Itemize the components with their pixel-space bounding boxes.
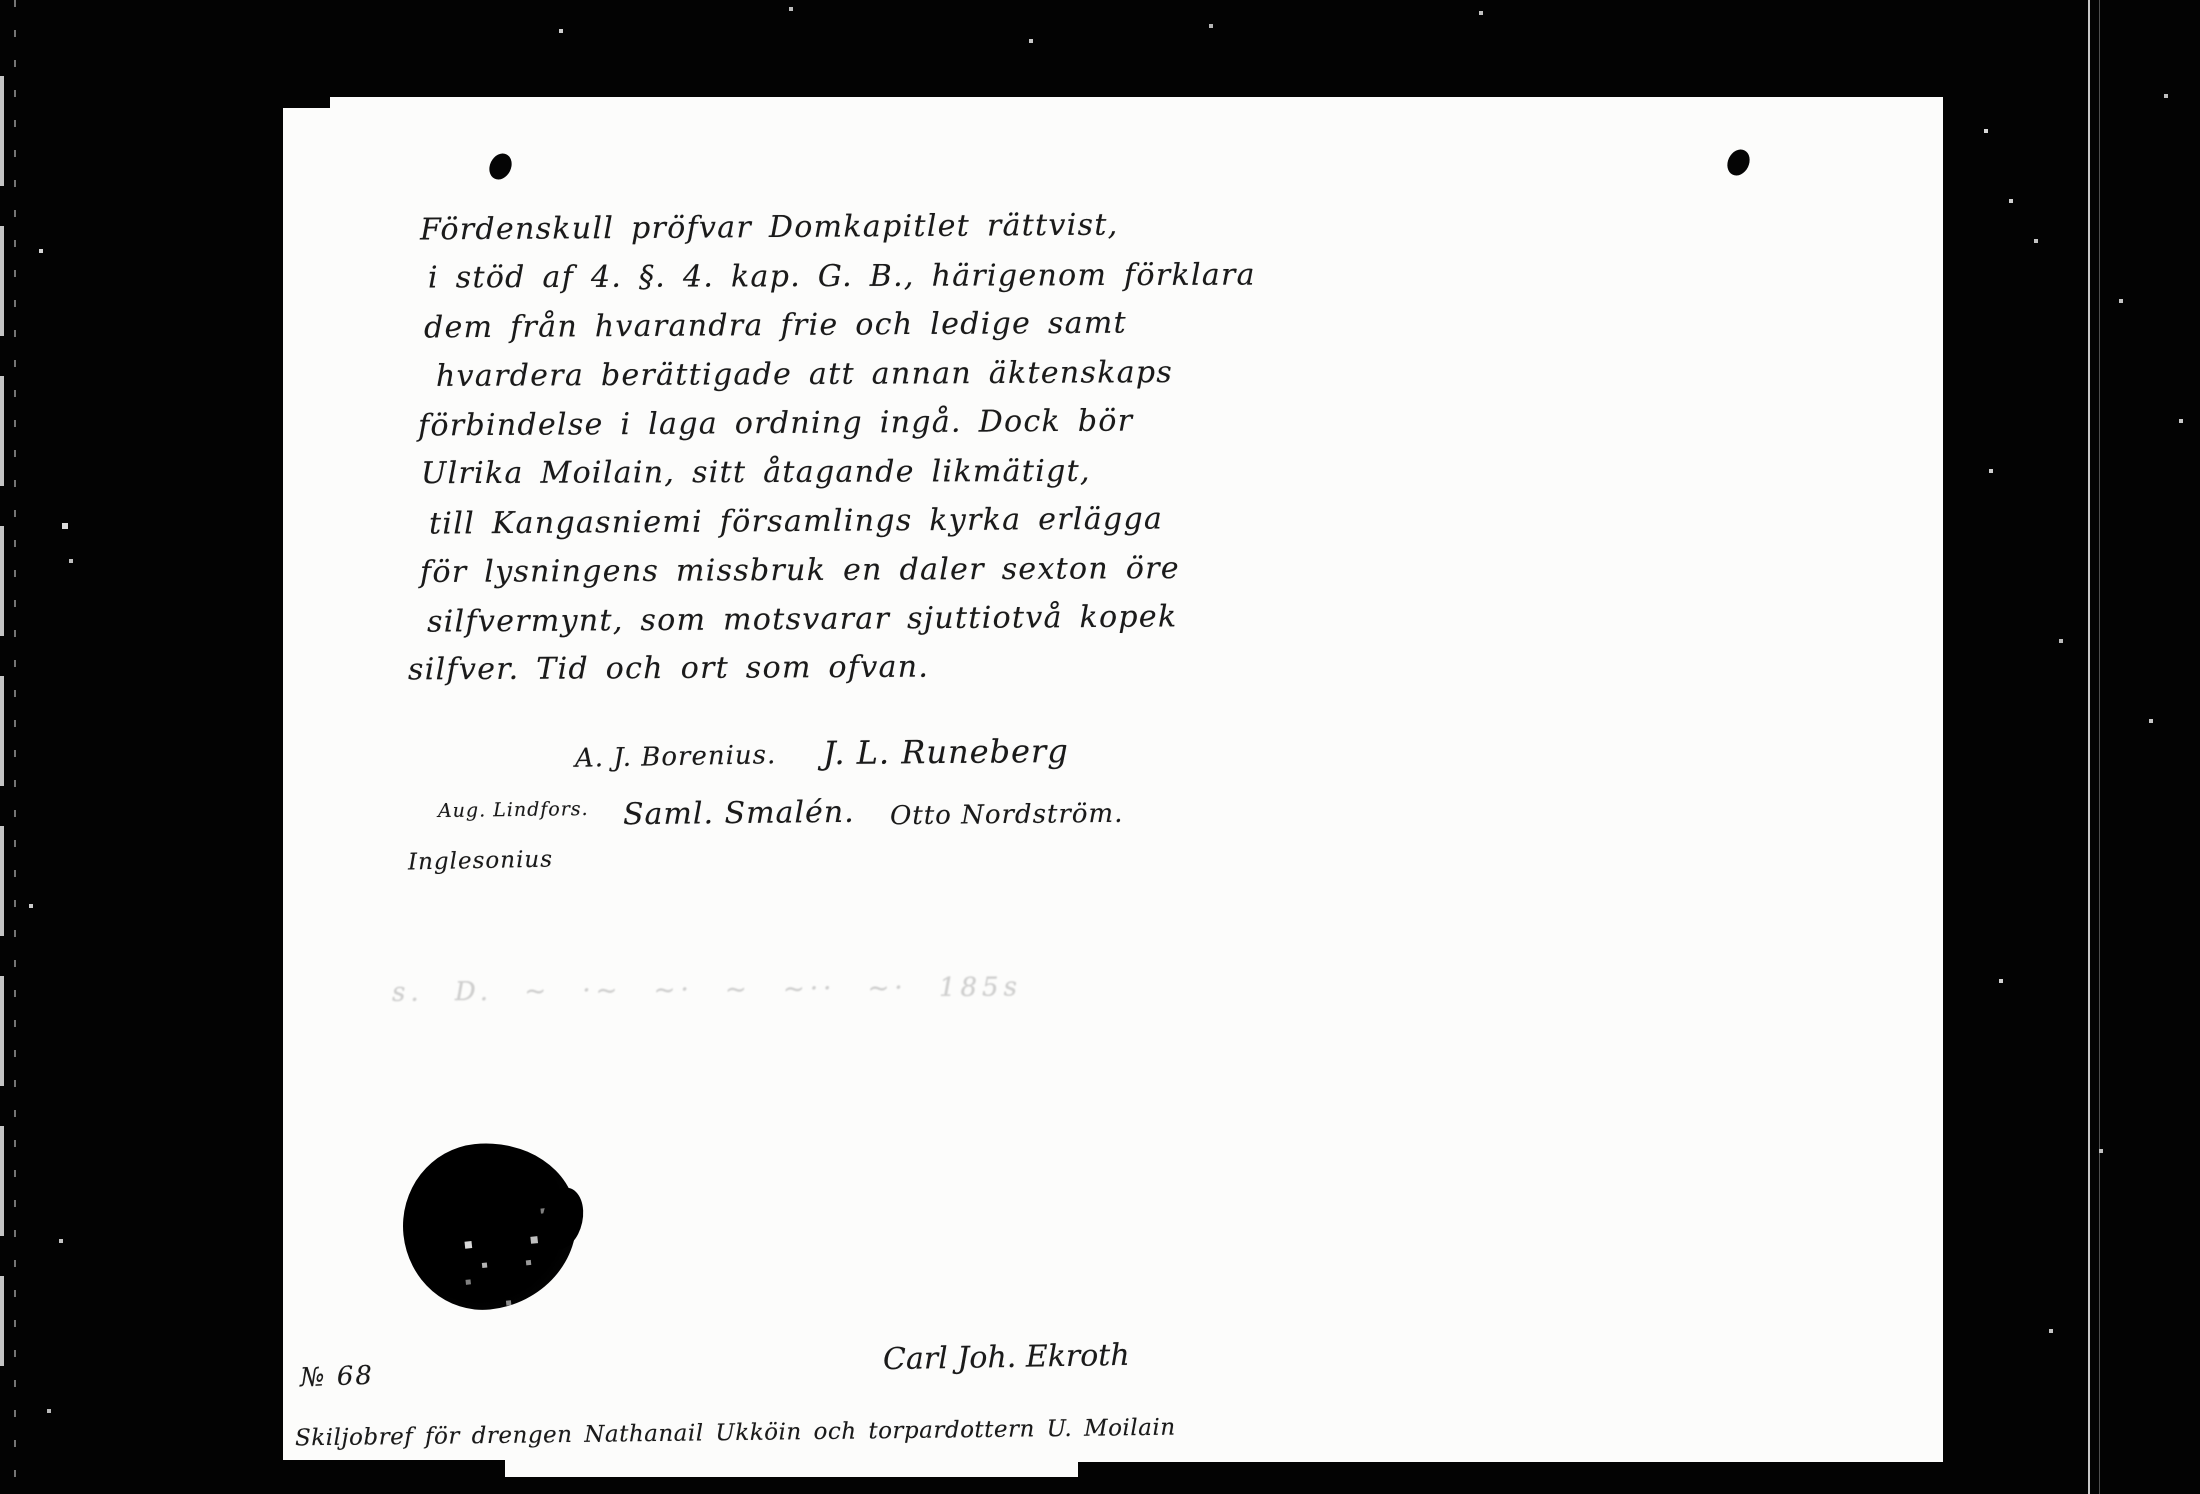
signature-borenius: A. J. Borenius. xyxy=(575,740,777,774)
manuscript-line-6: Ulrika Moilain, sitt åtagande likmätigt, xyxy=(421,454,1091,491)
film-dust-specks xyxy=(0,0,2,2)
signature-smalen: Saml. Smalén. xyxy=(623,795,855,832)
document-number-label: № 68 xyxy=(299,1361,374,1394)
signature-runeberg: J. L. Runeberg xyxy=(823,732,1069,772)
manuscript-line-8: för lysningens missbruk en daler sexton … xyxy=(420,551,1180,590)
manuscript-line-9: silfvermynt, som motsvarar sjuttiotvå ko… xyxy=(427,599,1178,639)
scanned-document-frame: Fördenskull pröfvar Domkapitlet rättvist… xyxy=(0,0,2200,1494)
film-dashed-line xyxy=(14,0,16,1494)
film-scratch-line xyxy=(2099,0,2100,1494)
manuscript-line-1: Fördenskull pröfvar Domkapitlet rättvist… xyxy=(420,208,1119,248)
seal-highlight-specks xyxy=(395,1152,398,1155)
manuscript-line-3: dem från hvarandra frie och ledige samt xyxy=(424,306,1127,346)
signature-inglesonius: Inglesonius xyxy=(408,846,554,875)
manuscript-line-7: till Kangasniemi församlings kyrka erläg… xyxy=(429,501,1163,541)
manuscript-line-4: hvardera berättigade att annan äktenskap… xyxy=(436,355,1173,394)
bottom-edge-strip xyxy=(505,1477,1078,1494)
film-scratch-line xyxy=(2088,0,2090,1494)
manuscript-line-5: förbindelse i laga ordning ingå. Dock bö… xyxy=(418,404,1134,444)
manuscript-line-10: silfver. Tid och ort som ofvan. xyxy=(408,650,929,688)
manuscript-line-2: i stöd af 4. §. 4. kap. G. B., härigenom… xyxy=(428,258,1256,296)
signature-clerk-ekroth: Carl Joh. Ekroth xyxy=(883,1338,1130,1377)
page-top-left-notch xyxy=(283,97,330,108)
bottom-edge-strip xyxy=(1078,1462,1943,1494)
signature-lindfors: Aug. Lindfors. xyxy=(438,798,589,822)
faded-annotation: s. D. ~ ·~ ~· ~ ~·· ~· 185s xyxy=(392,972,1022,1007)
signature-nordstrom: Otto Nordström. xyxy=(890,799,1124,831)
film-edge-sliver xyxy=(0,76,4,1366)
bottom-edge-strip xyxy=(283,1460,505,1494)
